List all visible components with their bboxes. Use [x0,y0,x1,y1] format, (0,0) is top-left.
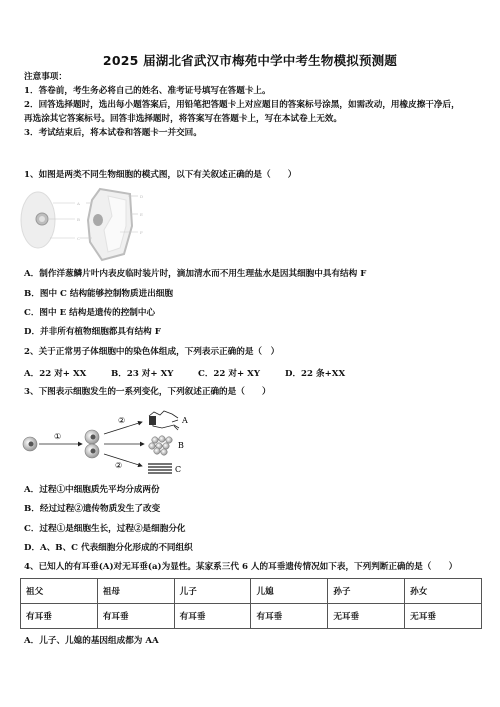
cell-diagram-figure: A B C D E F [20,186,150,262]
exam-page: 2025 届湖北省武汉市梅苑中学中考生物模拟预测题 注意事项： 1．答卷前，考生… [0,0,500,707]
notice-item: 2．回答选择题时，选出每小题答案后，用铅笔把答题卡上对应题目的答案标号涂黑，如需… [24,100,460,111]
svg-text:C: C [77,236,80,241]
table-cell: 儿媳 [251,579,328,604]
table-cell: 无耳垂 [328,604,405,629]
question-3-stem: 3、下图表示细胞发生的一系列变化，下列叙述正确的是（ ） [24,387,271,398]
table-cell: 有耳垂 [174,604,251,629]
table-row: 有耳垂 有耳垂 有耳垂 有耳垂 无耳垂 无耳垂 [21,604,482,629]
question-2-option-c: C．22 对+ XY [198,367,285,379]
question-1-stem: 1、如图是两类不同生物细胞的模式图，以下有关叙述正确的是（ ） [24,170,296,181]
table-cell: 有耳垂 [251,604,328,629]
page-title: 2025 届湖北省武汉市梅苑中学中考生物模拟预测题 [0,51,500,69]
notice-item: 1．答卷前，考生务必将自己的姓名、准考证号填写在答题卡上。 [24,86,271,97]
svg-text:F: F [140,230,143,235]
ear-lobe-table: 祖父 祖母 儿子 儿媳 孙子 孙女 有耳垂 有耳垂 有耳垂 有耳垂 无耳垂 无耳… [20,578,482,629]
notice-item: 3．考试结束后，将本试卷和答题卡一并交回。 [24,128,202,139]
question-1-option-b: B．图中 C 结构能够控制物质进出细胞 [24,289,173,300]
question-2-stem: 2、关于正常男子体细胞中的染色体组成，下列表示正确的是（ ） [24,347,279,358]
table-header-row: 祖父 祖母 儿子 儿媳 孙子 孙女 [21,579,482,604]
svg-text:①: ① [54,432,61,441]
table-cell: 有耳垂 [21,604,98,629]
svg-text:B: B [77,217,80,222]
notice-heading: 注意事项： [24,72,67,83]
table-cell: 有耳垂 [97,604,174,629]
svg-text:②: ② [115,461,122,470]
question-1-option-a: A．制作洋葱鳞片叶内表皮临时装片时，滴加清水而不用生理盐水是因其细胞中具有结构 … [24,269,366,280]
question-1-option-c: C．图中 E 结构是遗传的控制中心 [24,308,155,319]
question-2-option-b: B．23 对+ XY [111,367,198,379]
svg-text:②: ② [118,416,125,425]
question-3-option-d: D．A、B、C 代表细胞分化形成的不同组织 [24,543,193,554]
svg-text:A: A [181,416,188,425]
question-2-options: A．22 对+ XXB．23 对+ XYC．22 对+ XYD．22 条+XX [24,367,345,379]
table-cell: 孙子 [328,579,405,604]
table-cell: 祖母 [97,579,174,604]
question-2-option-a: A．22 对+ XX [24,367,111,379]
svg-text:D: D [140,194,143,199]
svg-text:B: B [178,441,184,450]
notice-item: 再选涂其它答案标号。回答非选择题时，将答案写在答题卡上，写在本试卷上无效。 [24,114,342,125]
question-3-option-a: A．过程①中细胞质先平均分成两份 [24,485,160,496]
question-3-option-b: B．经过过程②遗传物质发生了改变 [24,504,160,515]
svg-text:A: A [76,201,80,206]
svg-text:C: C [175,465,181,474]
table-cell: 儿子 [174,579,251,604]
question-4-stem: 4、已知人的有耳垂(A)对无耳垂(a)为显性。某家系三代 6 人的耳垂遗传情况如… [24,562,457,573]
table-cell: 无耳垂 [405,604,482,629]
table-cell: 祖父 [21,579,98,604]
svg-text:E: E [140,212,143,217]
table-cell: 孙女 [405,579,482,604]
cell-change-diagram: ① ② ② A B C [22,406,192,480]
question-4-option-a: A．儿子、儿媳的基因组成都为 AA [24,636,159,647]
question-2-option-d: D．22 条+XX [285,367,345,379]
question-3-option-c: C．过程①是细胞生长，过程②是细胞分化 [24,524,186,535]
question-1-option-d: D．并非所有植物细胞都具有结构 F [24,327,161,338]
